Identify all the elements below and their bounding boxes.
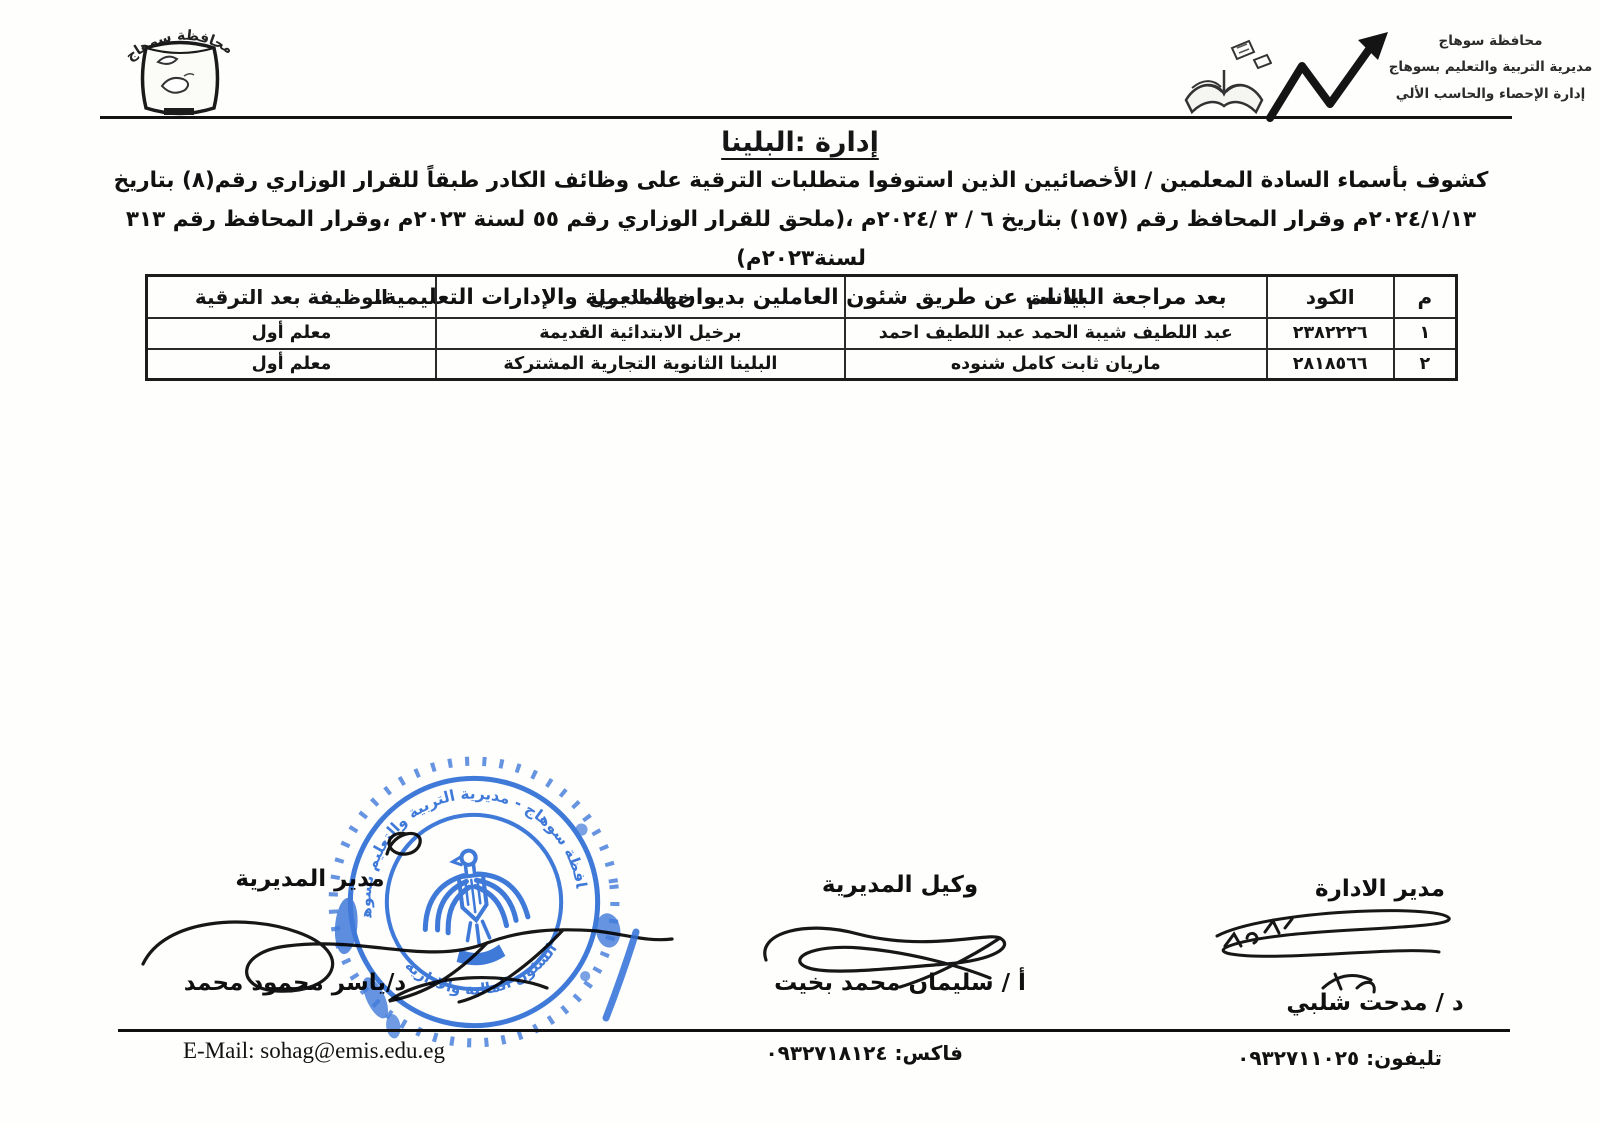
table-header-row: م الكود الاسم جهة العمل الوظيفة بعد التر… — [147, 276, 1457, 318]
document-page: محافظة سوهاج محافظة سوهاج مديرية التربية… — [0, 0, 1600, 1125]
drum-icon — [143, 43, 218, 116]
footer-fax: فاكس: ٠٩٣٢٧١٨١٢٤ — [738, 1041, 963, 1065]
trend-arrow-icon — [1262, 28, 1394, 126]
footer-divider — [118, 1029, 1510, 1032]
intro-line-2: ٢٠٢٤/١/١٣م وقرار المحافظ رقم (١٥٧) بتاري… — [84, 200, 1518, 278]
table-row: ١ ٢٣٨٢٢٢٦ عبد اللطيف شيبة الحمد عبد اللط… — [147, 318, 1457, 349]
header-name: الاسم — [845, 276, 1267, 318]
admin-signature — [1185, 888, 1490, 998]
cell-code: ٢٣٨٢٢٢٦ — [1267, 318, 1394, 349]
footer-phone: تليفون: ٠٩٣٢٧١١٠٢٥ — [1222, 1046, 1442, 1070]
org-line-governorate: محافظة سوهاج — [1383, 28, 1598, 54]
org-line-directorate: مديرية التربية والتعليم بسوهاج — [1383, 54, 1598, 80]
table-row: ٢ ٢٨١٨٥٦٦ ماريان ثابت كامل شنوده البلينا… — [147, 349, 1457, 380]
cell-num: ٢ — [1394, 349, 1457, 380]
sohag-governorate-logo: محافظة سوهاج — [106, 12, 254, 122]
eagle-icon — [416, 844, 532, 970]
header-divider — [100, 116, 1512, 119]
org-header-text: محافظة سوهاج مديرية التربية والتعليم بسو… — [1383, 28, 1598, 107]
roster-table: م الكود الاسم جهة العمل الوظيفة بعد التر… — [145, 274, 1458, 381]
cell-code: ٢٨١٨٥٦٦ — [1267, 349, 1394, 380]
header-num: م — [1394, 276, 1457, 318]
admin-name: د / مدحت شلبي — [1262, 990, 1488, 1016]
blue-ink-stroke — [596, 926, 648, 1026]
svg-text:الشئون المالية والادارية: الشئون المالية والادارية — [400, 938, 565, 1007]
stamp-text-bottom: الشئون المالية والادارية — [400, 938, 565, 1007]
book-icon — [1176, 36, 1272, 120]
header-position: الوظيفة بعد الترقية — [147, 276, 436, 318]
official-stamp: محافظة سوهاج - مديرية التربية والتعليم ب… — [305, 733, 644, 1072]
cell-num: ١ — [1394, 318, 1457, 349]
page-title: إدارة :البلينا — [0, 127, 1600, 158]
header-code: الكود — [1267, 276, 1394, 318]
deputy-title: وكيل المديرية — [765, 872, 1035, 898]
org-line-department: إدارة الإحصاء والحاسب الألي — [1383, 81, 1598, 107]
roster-table-wrap: م الكود الاسم جهة العمل الوظيفة بعد التر… — [145, 274, 1458, 381]
cell-position: معلم أول — [147, 318, 436, 349]
header-workplace: جهة العمل — [436, 276, 845, 318]
cell-name: عبد اللطيف شيبة الحمد عبد اللطيف احمد — [845, 318, 1267, 349]
cell-position: معلم أول — [147, 349, 436, 380]
cell-workplace: البلينا الثانوية التجارية المشتركة — [436, 349, 845, 380]
cell-name: ماريان ثابت كامل شنوده — [845, 349, 1267, 380]
cell-workplace: برخيل الابتدائية القديمة — [436, 318, 845, 349]
footer-email: E-Mail: sohag@emis.edu.eg — [183, 1038, 445, 1064]
intro-line-1: كشوف بأسماء السادة المعلمين / الأخصائيين… — [84, 161, 1518, 200]
deputy-name: أ / سليمان محمد بخيت — [748, 970, 1052, 996]
